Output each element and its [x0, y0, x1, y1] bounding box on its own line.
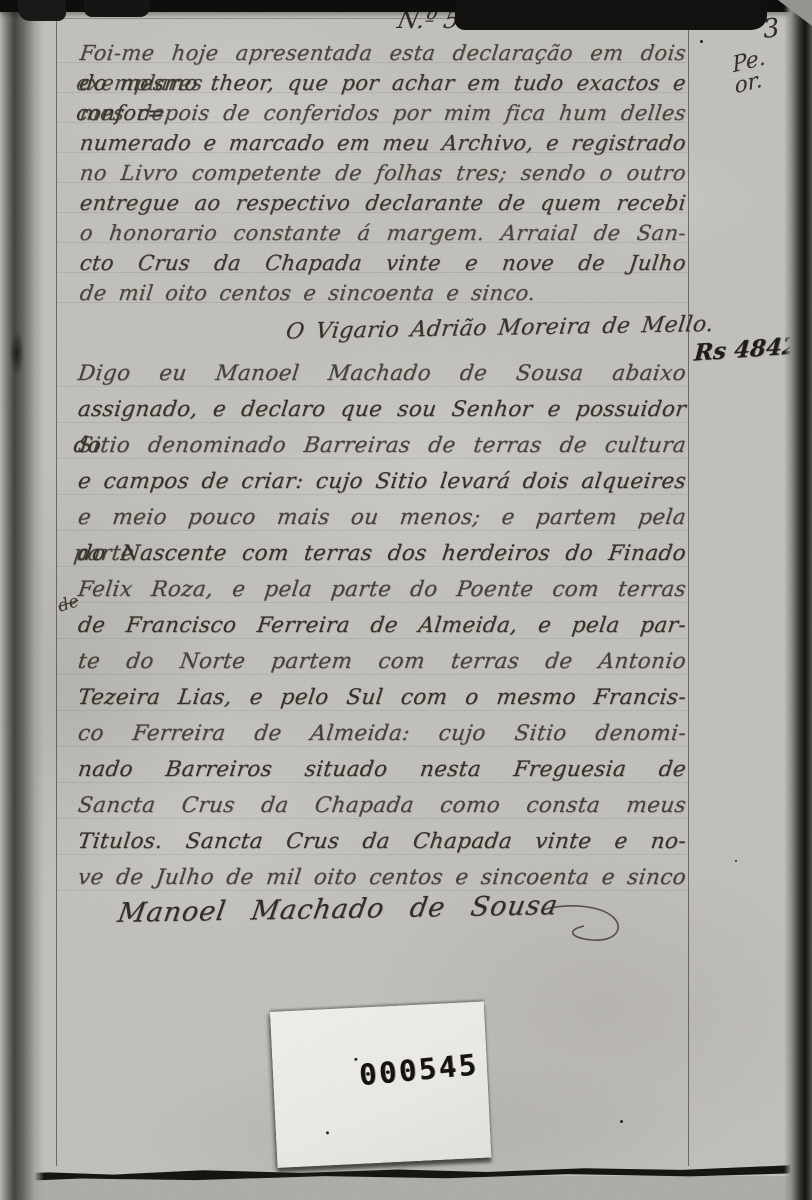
- margin-rule-right: [688, 16, 689, 1166]
- manuscript-line: e meio pouco mais ou menos; e partem pel…: [76, 500, 688, 536]
- page-right-edge-shadow: [784, 0, 812, 1200]
- manuscript-line: Titulos. Sancta Crus da Chapada vinte e …: [76, 824, 688, 860]
- manuscript-line: de Francisco Ferreira de Almeida, e pela…: [76, 608, 688, 644]
- archive-label: 000545: [270, 1002, 491, 1168]
- manuscript-line: Felix Roza, e pela parte do Poente com t…: [76, 572, 688, 608]
- manuscript-line: te do Norte partem com terras de Antonio: [76, 644, 688, 680]
- margin-rule-left: [56, 16, 57, 1166]
- manuscript-line: Sancta Crus da Chapada como consta meus: [76, 788, 688, 824]
- manuscript-line: Tezeira Lias, e pelo Sul com o mesmo Fra…: [76, 680, 688, 716]
- ink-speck: [735, 860, 737, 862]
- ink-speck: [326, 1131, 329, 1134]
- manuscript-line: nado Barreiros situado nesta Freguesia d…: [76, 752, 688, 788]
- page-top-edge-shadow: [84, 0, 150, 17]
- manuscript-line: cto Crus da Chapada vinte e nove de Julh…: [78, 248, 688, 278]
- manuscript-line: do mesmo theor, que por achar em tudo ex…: [78, 68, 688, 98]
- binding-fold-shadow: [10, 330, 24, 376]
- manuscript-line: de mil oito centos e sincoenta e sinco.: [78, 278, 688, 308]
- page-top-edge-shadow: [455, 0, 767, 30]
- manuscript-line: no Livro competente de folhas tres; send…: [78, 158, 688, 188]
- manuscript-line: entregue ao respectivo declarante de que…: [78, 188, 688, 218]
- page-top-edge-shadow: [18, 0, 66, 21]
- declarant-signature: Manoel Machado de Sousa: [116, 890, 561, 929]
- registration-note: Foi-me hoje apresentada esta declaração …: [80, 38, 686, 308]
- declaration-text: Digo eu Manoel Machado de Sousa abaixo a…: [78, 356, 686, 896]
- manuscript-line: Foi-me hoje apresentada esta declaração …: [78, 38, 688, 68]
- manuscript-line: do Nascente com terras dos herdeiros do …: [76, 536, 688, 572]
- margin-rubric: Pe. or.: [731, 45, 778, 98]
- manuscript-line: o honorario constante á margem. Arraial …: [78, 218, 688, 248]
- margin-fee-note: Rs 4842: [693, 332, 799, 366]
- manuscript-line: ve de Julho de mil oito centos e sincoen…: [76, 860, 688, 896]
- archive-label-number: 000545: [358, 1047, 480, 1092]
- manuscript-line: co Ferreira de Almeida: cujo Sitio denom…: [76, 716, 688, 752]
- scanned-manuscript-page: 3 N.º 5 Pe. or. Foi-me hoje apresentada …: [0, 0, 812, 1200]
- scanner-background-strip: [0, 1176, 812, 1200]
- manuscript-line: Sitio denominado Barreiras de terras de …: [76, 428, 688, 464]
- manuscript-line: assignado, e declaro que sou Senhor e po…: [76, 392, 688, 428]
- binding-fold-shadow: [0, 0, 44, 1200]
- manuscript-line: Digo eu Manoel Machado de Sousa abaixo: [76, 356, 688, 392]
- signature-flourish: [540, 900, 630, 950]
- ink-speck: [700, 40, 703, 43]
- manuscript-line: mes depois de conferidos por mim fica hu…: [78, 98, 688, 128]
- ink-speck: [620, 1120, 623, 1123]
- manuscript-line: numerado e marcado em meu Archivo, e reg…: [78, 128, 688, 158]
- manuscript-line: e campos de criar: cujo Sitio levará doi…: [76, 464, 688, 500]
